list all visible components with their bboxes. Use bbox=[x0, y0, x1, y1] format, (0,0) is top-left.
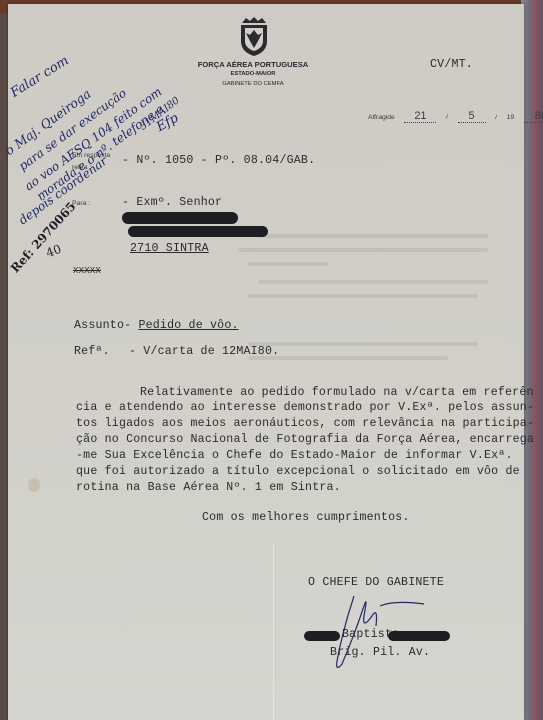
body-line: ção no Concurso Nacional de Fotografia d… bbox=[76, 433, 534, 446]
bleed-through bbox=[258, 234, 488, 238]
bleed-through bbox=[238, 248, 488, 252]
body-line: tos ligados aos meios aeronáuticos, com … bbox=[76, 417, 534, 430]
reference-code: CV/MT. bbox=[430, 58, 473, 71]
bleed-through bbox=[248, 342, 478, 346]
place-label: Alfragide bbox=[368, 114, 395, 121]
paper-stain bbox=[28, 478, 40, 492]
air-force-crest-icon bbox=[236, 15, 272, 57]
recipient-city: 2710 SINTRA bbox=[130, 242, 209, 255]
signatory-rank: Brig. Pil. Av. bbox=[330, 646, 430, 659]
subject-value: Pedido de vôo. bbox=[138, 319, 238, 332]
redacted-first-name bbox=[304, 631, 340, 641]
body-line: -me Sua Excelência o Chefe do Estado-Mai… bbox=[76, 449, 513, 462]
date-month: 5 bbox=[458, 110, 486, 123]
date-day: 21 bbox=[404, 110, 436, 123]
body-line: Relativamente ao pedido formulado na v/c… bbox=[140, 386, 534, 399]
date-year: 80 bbox=[524, 110, 543, 123]
bleed-through bbox=[258, 280, 488, 284]
handwritten-note: Falar com o Maj. Queiroga para se dar ex… bbox=[8, 44, 238, 194]
redacted-name bbox=[122, 212, 238, 224]
body-line: que foi autorizado a título excepcional … bbox=[76, 465, 520, 478]
body-line: cia e atendendo ao interesse demonstrado… bbox=[76, 401, 534, 414]
reference-value: - V/carta de 12MAI80. bbox=[129, 345, 279, 358]
struck-text: XXXXX bbox=[73, 266, 101, 276]
recipient-salutation: - Exmº. Senhor bbox=[122, 196, 222, 209]
date-line: Alfragide 21 / 5 / 19 80 bbox=[368, 106, 543, 124]
redacted-address bbox=[128, 226, 268, 237]
reference-line: Refª. - V/carta de 12MAI80. bbox=[74, 345, 279, 358]
closing-text: Com os melhores cumprimentos. bbox=[202, 511, 410, 524]
subject-label: Assunto- bbox=[74, 319, 131, 332]
date-year-prefix: 19 bbox=[507, 114, 515, 121]
reference-label: Refª. bbox=[74, 345, 110, 358]
body-line: rotina na Base Aérea Nº. 1 em Sintra. bbox=[76, 481, 341, 494]
registry-extra: 40 bbox=[44, 242, 63, 260]
letter-page: FORÇA AÉREA PORTUGUESA ESTADO-MAIOR GABI… bbox=[8, 4, 524, 720]
subject-line: Assunto- Pedido de vôo. bbox=[74, 319, 239, 332]
bleed-through bbox=[248, 262, 328, 266]
fold-line bbox=[273, 544, 274, 720]
redacted-surname bbox=[388, 631, 450, 641]
bleed-through bbox=[248, 294, 478, 298]
